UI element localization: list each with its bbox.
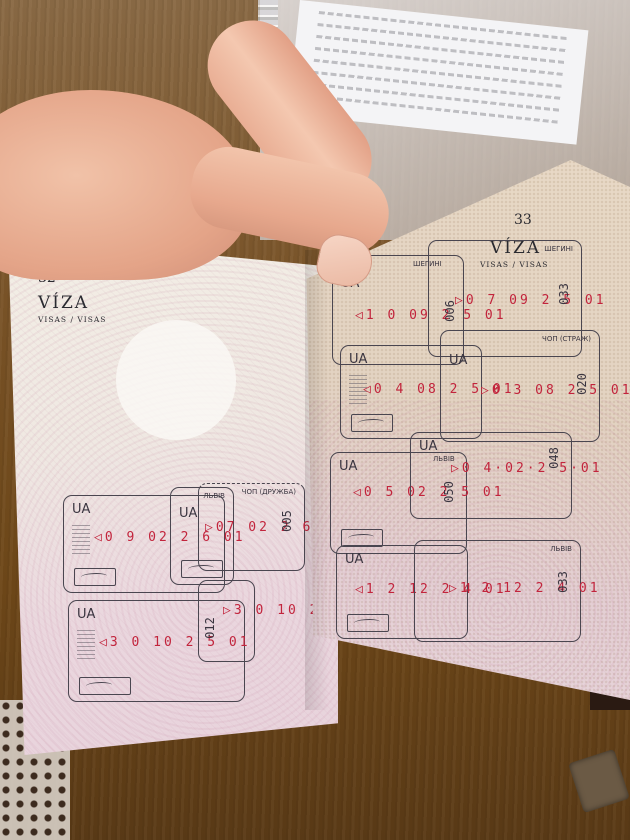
border-stamp: ЧОП (ДРУЖБА) ▷07 02 2 6 01 005 — [198, 483, 305, 571]
car-icon — [79, 677, 131, 695]
page-number: 33 — [514, 212, 532, 228]
passport-spine — [305, 250, 329, 710]
page-subtitle: VISAS / VISAS — [38, 315, 106, 324]
page-watermark — [116, 320, 236, 440]
hand — [0, 40, 380, 300]
border-stamp: 012 — [198, 580, 255, 662]
border-stamp: UA ЛЬВІВ ▷0 4·02·2 5·01 048 — [410, 432, 572, 519]
border-stamp: ЛЬВІВ ▷1 2 12 2 4 01 033 — [414, 540, 581, 642]
train-icon — [347, 614, 389, 632]
border-stamp: UA ЧОП (СТРАЖ) ▷0 3 08 2 5 01 020 — [440, 330, 600, 442]
train-icon — [351, 414, 393, 432]
passport-page-left: 32 VÍZA VISAS / VISAS UA ◁0 9 02 2 6 01 … — [8, 225, 338, 755]
train-icon — [74, 568, 116, 586]
